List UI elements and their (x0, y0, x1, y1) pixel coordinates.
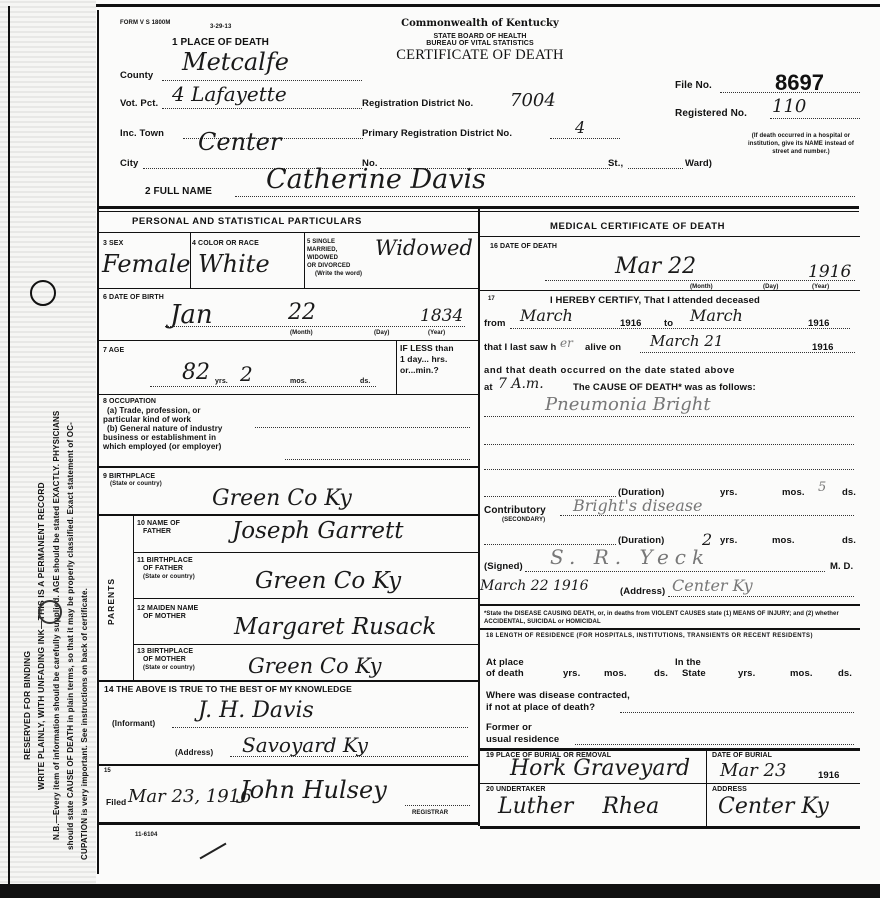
death-certificate: RESERVED FOR BINDING WRITE PLAINLY, WITH… (0, 0, 880, 898)
burial-date-label: DATE OF BURIAL (712, 752, 772, 759)
registrar-label: REGISTRAR (412, 810, 448, 816)
dod-month-day: Mar 22 (615, 254, 696, 279)
vot-pct-value: 4 Lafayette (172, 82, 287, 106)
residence-label: 18 LENGTH OF RESIDENCE (FOR HOSPITALS, I… (486, 632, 856, 640)
father-name-value: Joseph Garrett (232, 518, 404, 544)
marital-label: 5 SINGLE MARRIED, WIDOWED OR DIVORCED (W… (307, 238, 362, 278)
pen-mark (200, 843, 227, 860)
yrs-label: yrs. (215, 378, 228, 385)
form-code: 11-6104 (135, 832, 157, 838)
from-value: March (520, 306, 573, 325)
from-label: from (484, 318, 506, 329)
in-the-label: In the (675, 657, 701, 668)
violent-causes-note: *State the DISEASE CAUSING DEATH, or, in… (484, 610, 854, 626)
personal-section-title: PERSONAL AND STATISTICAL PARTICULARS (132, 216, 362, 227)
former-label: Former or (486, 722, 532, 733)
hospital-note: (If death occurred in a hospital or inst… (745, 132, 857, 156)
mother-name-label: 12 MAIDEN NAME OF MOTHER (137, 605, 198, 621)
form-number: FORM V S 1800M (120, 20, 170, 26)
death-occurred-text: and that death occurred on the date stat… (484, 365, 735, 376)
margin-text-occupation: CUPATION is very important. See instruct… (80, 588, 89, 860)
st-label: St., (608, 158, 623, 169)
filed-number: 15 (104, 768, 111, 774)
margin-text-reserved: RESERVED FOR BINDING (22, 651, 32, 760)
margin-text-write-plainly: WRITE PLAINLY, WITH UNFADING INK—THIS IS… (36, 482, 46, 790)
parents-label: PARENTS (106, 578, 116, 625)
inc-town-label: Inc. Town (120, 128, 164, 139)
at-value: 7 A.m. (498, 376, 544, 392)
certificate-heading: Commonwealth of Kentucky STATE BOARD OF … (380, 18, 580, 64)
margin-border (8, 6, 10, 884)
father-birthplace-label: 11 BIRTHPLACE OF FATHER (State or countr… (137, 557, 195, 581)
ds-label: ds. (360, 378, 370, 385)
mos-label: mos. (290, 378, 307, 385)
birthplace-value: Green Co Ky (212, 486, 352, 511)
county-value: Metcalfe (182, 48, 289, 76)
father-birthplace-value: Green Co Ky (255, 568, 401, 594)
reg-district-value: 7004 (510, 90, 556, 111)
bureau-text: BUREAU OF VITAL STATISTICS (380, 40, 580, 47)
birthplace-label: 9 BIRTHPLACE (103, 473, 155, 480)
board-text: STATE BOARD OF HEALTH (380, 33, 580, 40)
informant-address-label: (Address) (175, 748, 213, 757)
certificate-title: CERTIFICATE OF DEATH (380, 47, 580, 64)
medical-section-title: MEDICAL CERTIFICATE OF DEATH (550, 221, 725, 232)
day-label: (Day) (374, 330, 390, 336)
cause-value: Pneumonia Bright (545, 394, 711, 415)
to-value: March (690, 306, 743, 325)
column-divider (478, 206, 480, 826)
undertaker-value: Luther Rhea (498, 794, 659, 819)
top-border (96, 4, 880, 7)
dob-month: Jan (170, 300, 213, 330)
ward-label: Ward) (685, 158, 712, 169)
form-left-border (97, 10, 99, 874)
form-date: 3-29-13 (210, 24, 231, 30)
informant-value: J. H. Davis (198, 698, 314, 723)
birthplace-sub-label: (State or country) (110, 481, 162, 487)
registered-no-value: 110 (772, 96, 806, 117)
where-contracted-label: Where was disease contracted, (486, 690, 630, 701)
primary-reg-label: Primary Registration District No. (362, 128, 512, 139)
reg-district-label: Registration District No. (362, 98, 473, 109)
county-label: County (120, 70, 153, 81)
undertaker-address-value: Center Ky (718, 794, 829, 819)
burial-date-value: Mar 23 (720, 760, 786, 781)
age-years: 82 (182, 360, 210, 385)
commonwealth-text: Commonwealth of Kentucky (380, 18, 580, 29)
registered-no-label: Registered No. (675, 108, 747, 119)
physician-address-label: (Address) (620, 586, 665, 597)
binding-hole-bottom (38, 600, 62, 624)
registrar-value: John Hulsey (240, 776, 387, 804)
filed-label: Filed (106, 797, 126, 807)
of-death-label: of death (486, 668, 524, 679)
secondary-label: (SECONDARY) (502, 517, 545, 523)
burial-place-value: Hork Graveyard (510, 756, 690, 781)
sex-label: 3 SEX (103, 240, 123, 247)
certify-text: I HEREBY CERTIFY, That I attended deceas… (550, 295, 760, 306)
age-months: 2 (240, 362, 253, 386)
last-saw-pronoun: er (560, 336, 573, 350)
margin-text-nb: N.B.—Every item of information should be… (52, 411, 61, 840)
duration1-days: 5 (818, 480, 826, 495)
mother-birthplace-label: 13 BIRTHPLACE OF MOTHER (State or countr… (137, 648, 195, 672)
contributory-label: Contributory (484, 505, 546, 516)
primary-reg-value: 4 (575, 118, 585, 137)
alive-on-value: March 21 (650, 332, 723, 350)
informant-address-value: Savoyard Ky (242, 733, 368, 757)
city-label: City (120, 158, 138, 169)
dod-label: 16 DATE OF DEATH (490, 243, 557, 250)
full-name-value: Catherine Davis (266, 164, 486, 195)
scan-edge (0, 884, 880, 898)
alive-on-label: alive on (585, 342, 621, 353)
physician-address-value: Center Ky (672, 576, 753, 595)
mother-birthplace-value: Green Co Ky (248, 654, 381, 678)
mother-name-value: Margaret Rusack (234, 614, 436, 640)
marital-value: Widowed (375, 236, 473, 260)
alive-year: 1916 (812, 342, 834, 353)
color-value: White (198, 250, 270, 278)
true-statement: 14 THE ABOVE IS TRUE TO THE BEST OF MY K… (104, 684, 352, 694)
undertaker-label: 20 UNDERTAKER (486, 786, 546, 793)
undertaker-address-label: ADDRESS (712, 786, 747, 793)
dob-day: 22 (288, 300, 316, 325)
signed-label: (Signed) (484, 561, 523, 572)
margin-text-cause: should state CAUSE OF DEATH in plain ter… (66, 422, 75, 850)
dod-year: 1916 (808, 262, 851, 282)
age-label: 7 AGE (103, 347, 124, 354)
last-saw-label: that I last saw h (484, 342, 556, 353)
if-not-label: if not at place of death? (486, 702, 595, 713)
filed-value: Mar 23, 1916 (128, 786, 252, 807)
vot-pct-label: Vot. Pct. (120, 98, 158, 109)
md-label: M. D. (830, 561, 853, 572)
usual-residence-label: usual residence (486, 734, 559, 745)
year-label: (Year) (428, 330, 445, 336)
month-label: (Month) (290, 330, 313, 336)
dob-label: 6 DATE OF BIRTH (103, 294, 164, 301)
color-label: 4 COLOR OR RACE (192, 240, 259, 247)
state-label: State (682, 668, 706, 679)
occupation-label: 8 OCCUPATION (a) Trade, profession, or p… (103, 397, 222, 451)
father-name-label: 10 NAME OF FATHER (137, 520, 180, 536)
at-label: at (484, 382, 493, 393)
at-place-label: At place (486, 657, 524, 668)
full-name-label: 2 FULL NAME (145, 186, 212, 197)
binding-hole-top (30, 280, 56, 306)
burial-year: 1916 (818, 770, 840, 781)
to-label: to (664, 318, 673, 329)
place-of-death-label: 1 PLACE OF DEATH (172, 37, 269, 48)
from-year: 1916 (620, 318, 642, 329)
less-than-box: IF LESS than 1 day... hrs. or...min.? (400, 343, 454, 376)
signed-date: March 22 1916 (480, 578, 589, 594)
certify-number: 17 (488, 296, 495, 302)
informant-label: (Informant) (112, 719, 155, 728)
contributory-value: Bright's disease (573, 496, 702, 515)
sex-value: Female (102, 250, 191, 278)
to-year: 1916 (808, 318, 830, 329)
signed-value: S. R. Yeck (550, 545, 710, 569)
cause-text: The CAUSE OF DEATH* was as follows: (573, 382, 756, 393)
dob-year: 1834 (420, 306, 463, 326)
inc-town-value: Center (198, 128, 281, 156)
file-no-label: File No. (675, 80, 712, 91)
